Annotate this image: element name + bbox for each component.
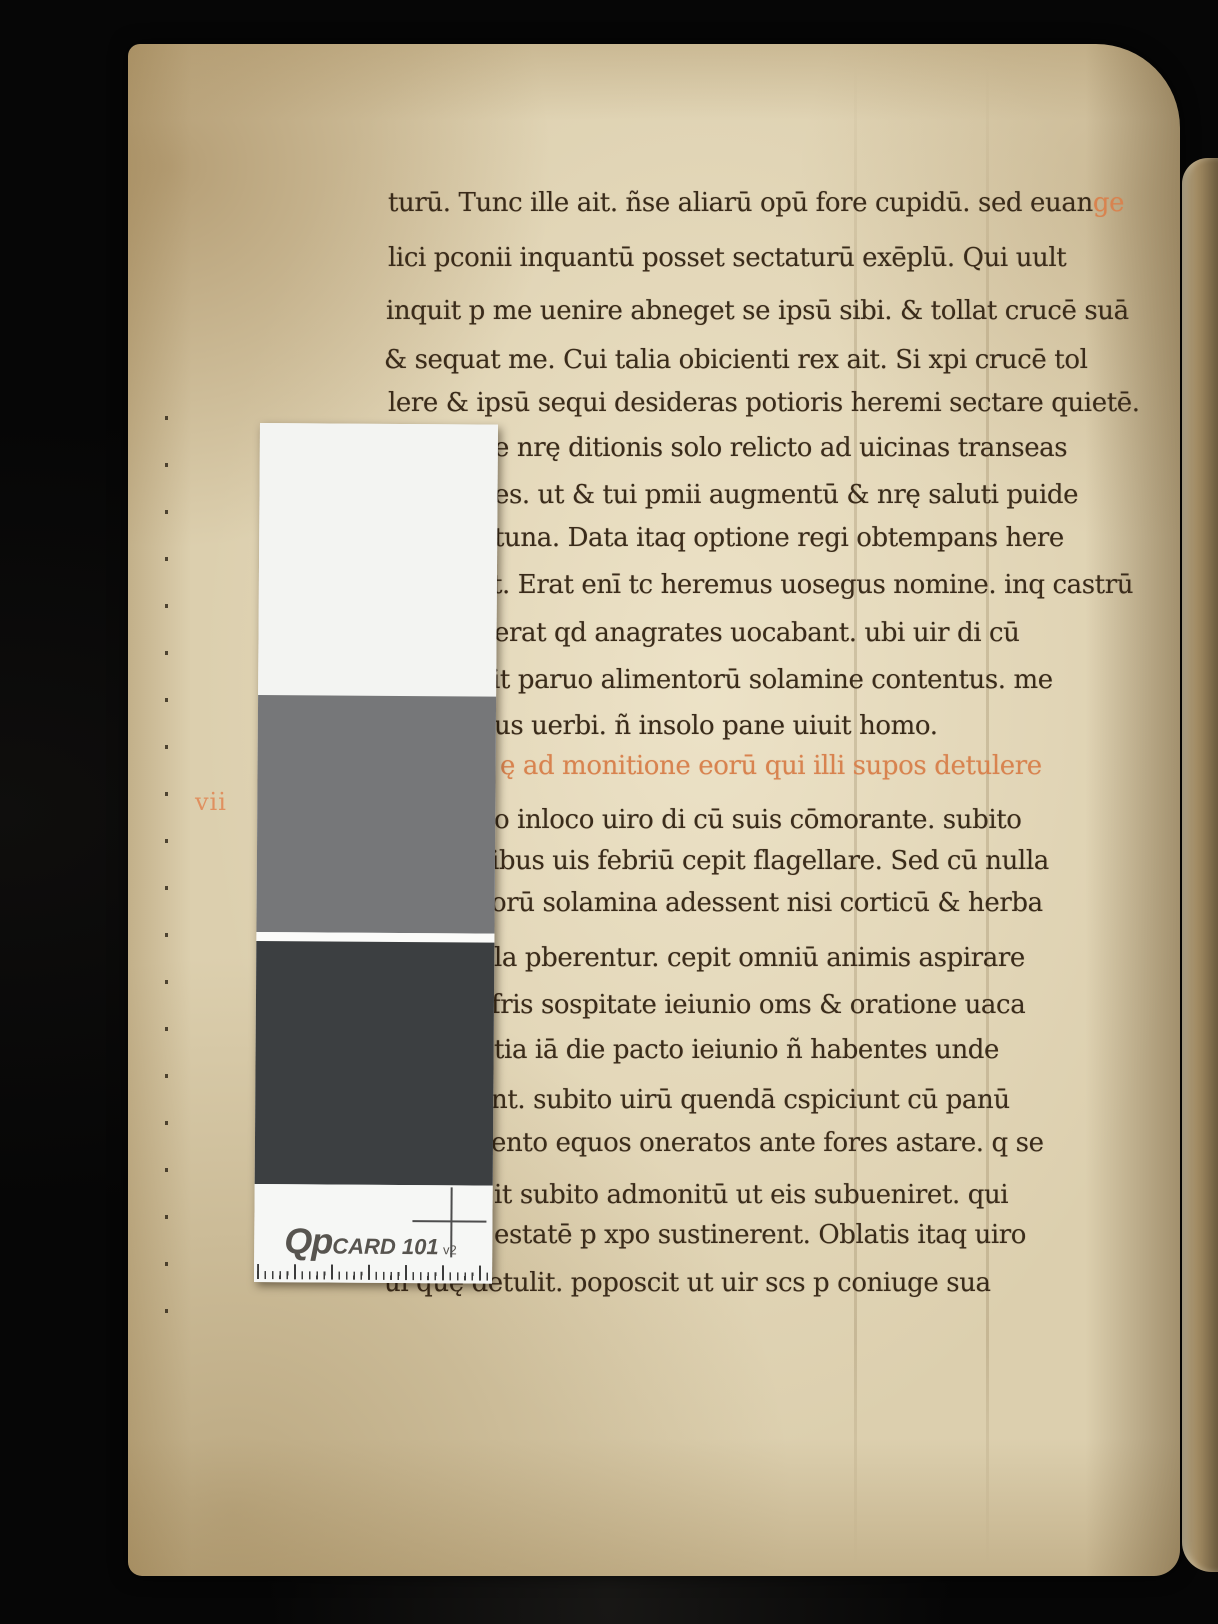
manuscript-line: t. Erat enī tc heremus uosegus nomine. i… (492, 565, 1133, 605)
card-brand-text: QpCARD 101 v2 (284, 1220, 457, 1263)
manuscript-line: us uerbi. ñ insolo pane uiuit homo. (494, 706, 938, 746)
manuscript-line: fris sospitate ieiunio oms & oratione ua… (491, 985, 1025, 1025)
manuscript-line: es. ut & tui pmii augmentū & nrę saluti … (494, 475, 1078, 515)
card-patch-white (258, 423, 498, 697)
manuscript-line: erat qd anagrates uocabant. ubi uir di c… (494, 613, 1020, 653)
manuscript-line: e nrę ditionis solo relicto ad uicinas t… (494, 428, 1067, 468)
manuscript-line: nt. subito uirū quendā cspiciunt cū panū (491, 1080, 1010, 1120)
manuscript-line: it paruo alimentorū solamine contentus. … (492, 660, 1053, 700)
ruler-mm-ticks (257, 1271, 489, 1281)
next-folio-edge (1182, 158, 1218, 1572)
manuscript-line: tia iā die pacto ieiunio ñ habentes unde (494, 1030, 999, 1070)
manuscript-line: o inloco uiro di cū suis cōmorante. subi… (494, 800, 1022, 840)
card-patch-dark-gray (255, 941, 495, 1186)
manuscript-line: lici pconii inquantū posset sectaturū ex… (388, 238, 1066, 278)
card-patch-mid-gray (256, 695, 496, 934)
card-brand-qp: Qp (284, 1220, 332, 1261)
chapter-numeral: vii (195, 788, 227, 816)
manuscript-line: orū solamina adessent nisi corticū & her… (491, 883, 1043, 923)
card-label-area: QpCARD 101 v2 (254, 1184, 493, 1284)
manuscript-line: lere & ipsū sequi desideras potioris her… (388, 383, 1140, 423)
manuscript-line: inquit p me uenire abneget se ipsū sibi.… (386, 291, 1129, 331)
prick-marks (165, 416, 168, 1346)
manuscript-line: tuna. Data itaq optione regi obtempans h… (494, 518, 1064, 558)
line-text: turū. Tunc ille ait. ñse aliarū opū fore… (388, 188, 1093, 218)
rubric-line: ę ad monitione eorū qui illi supos detul… (500, 746, 1042, 786)
manuscript-line: it subito admonitū ut eis subueniret. qu… (494, 1175, 1008, 1215)
manuscript-line: & sequat me. Cui talia obicienti rex ait… (384, 340, 1088, 380)
manuscript-line: turū. Tunc ille ait. ñse aliarū opū fore… (388, 183, 1124, 223)
manuscript-line: ibus uis febriū cepit flagellare. Sed cū… (491, 841, 1049, 881)
manuscript-line: estatē p xpo sustinerent. Oblatis itaq u… (494, 1215, 1026, 1255)
card-brand-product: CARD 101 (332, 1234, 439, 1260)
line-text-rubricated: ge (1093, 188, 1124, 218)
manuscript-line: la pberentur. cepit omniū animis aspirar… (494, 938, 1025, 978)
qp-calibration-card: QpCARD 101 v2 (254, 423, 498, 1284)
manuscript-line: ento equos oneratos ante fores astare. q… (491, 1123, 1044, 1163)
